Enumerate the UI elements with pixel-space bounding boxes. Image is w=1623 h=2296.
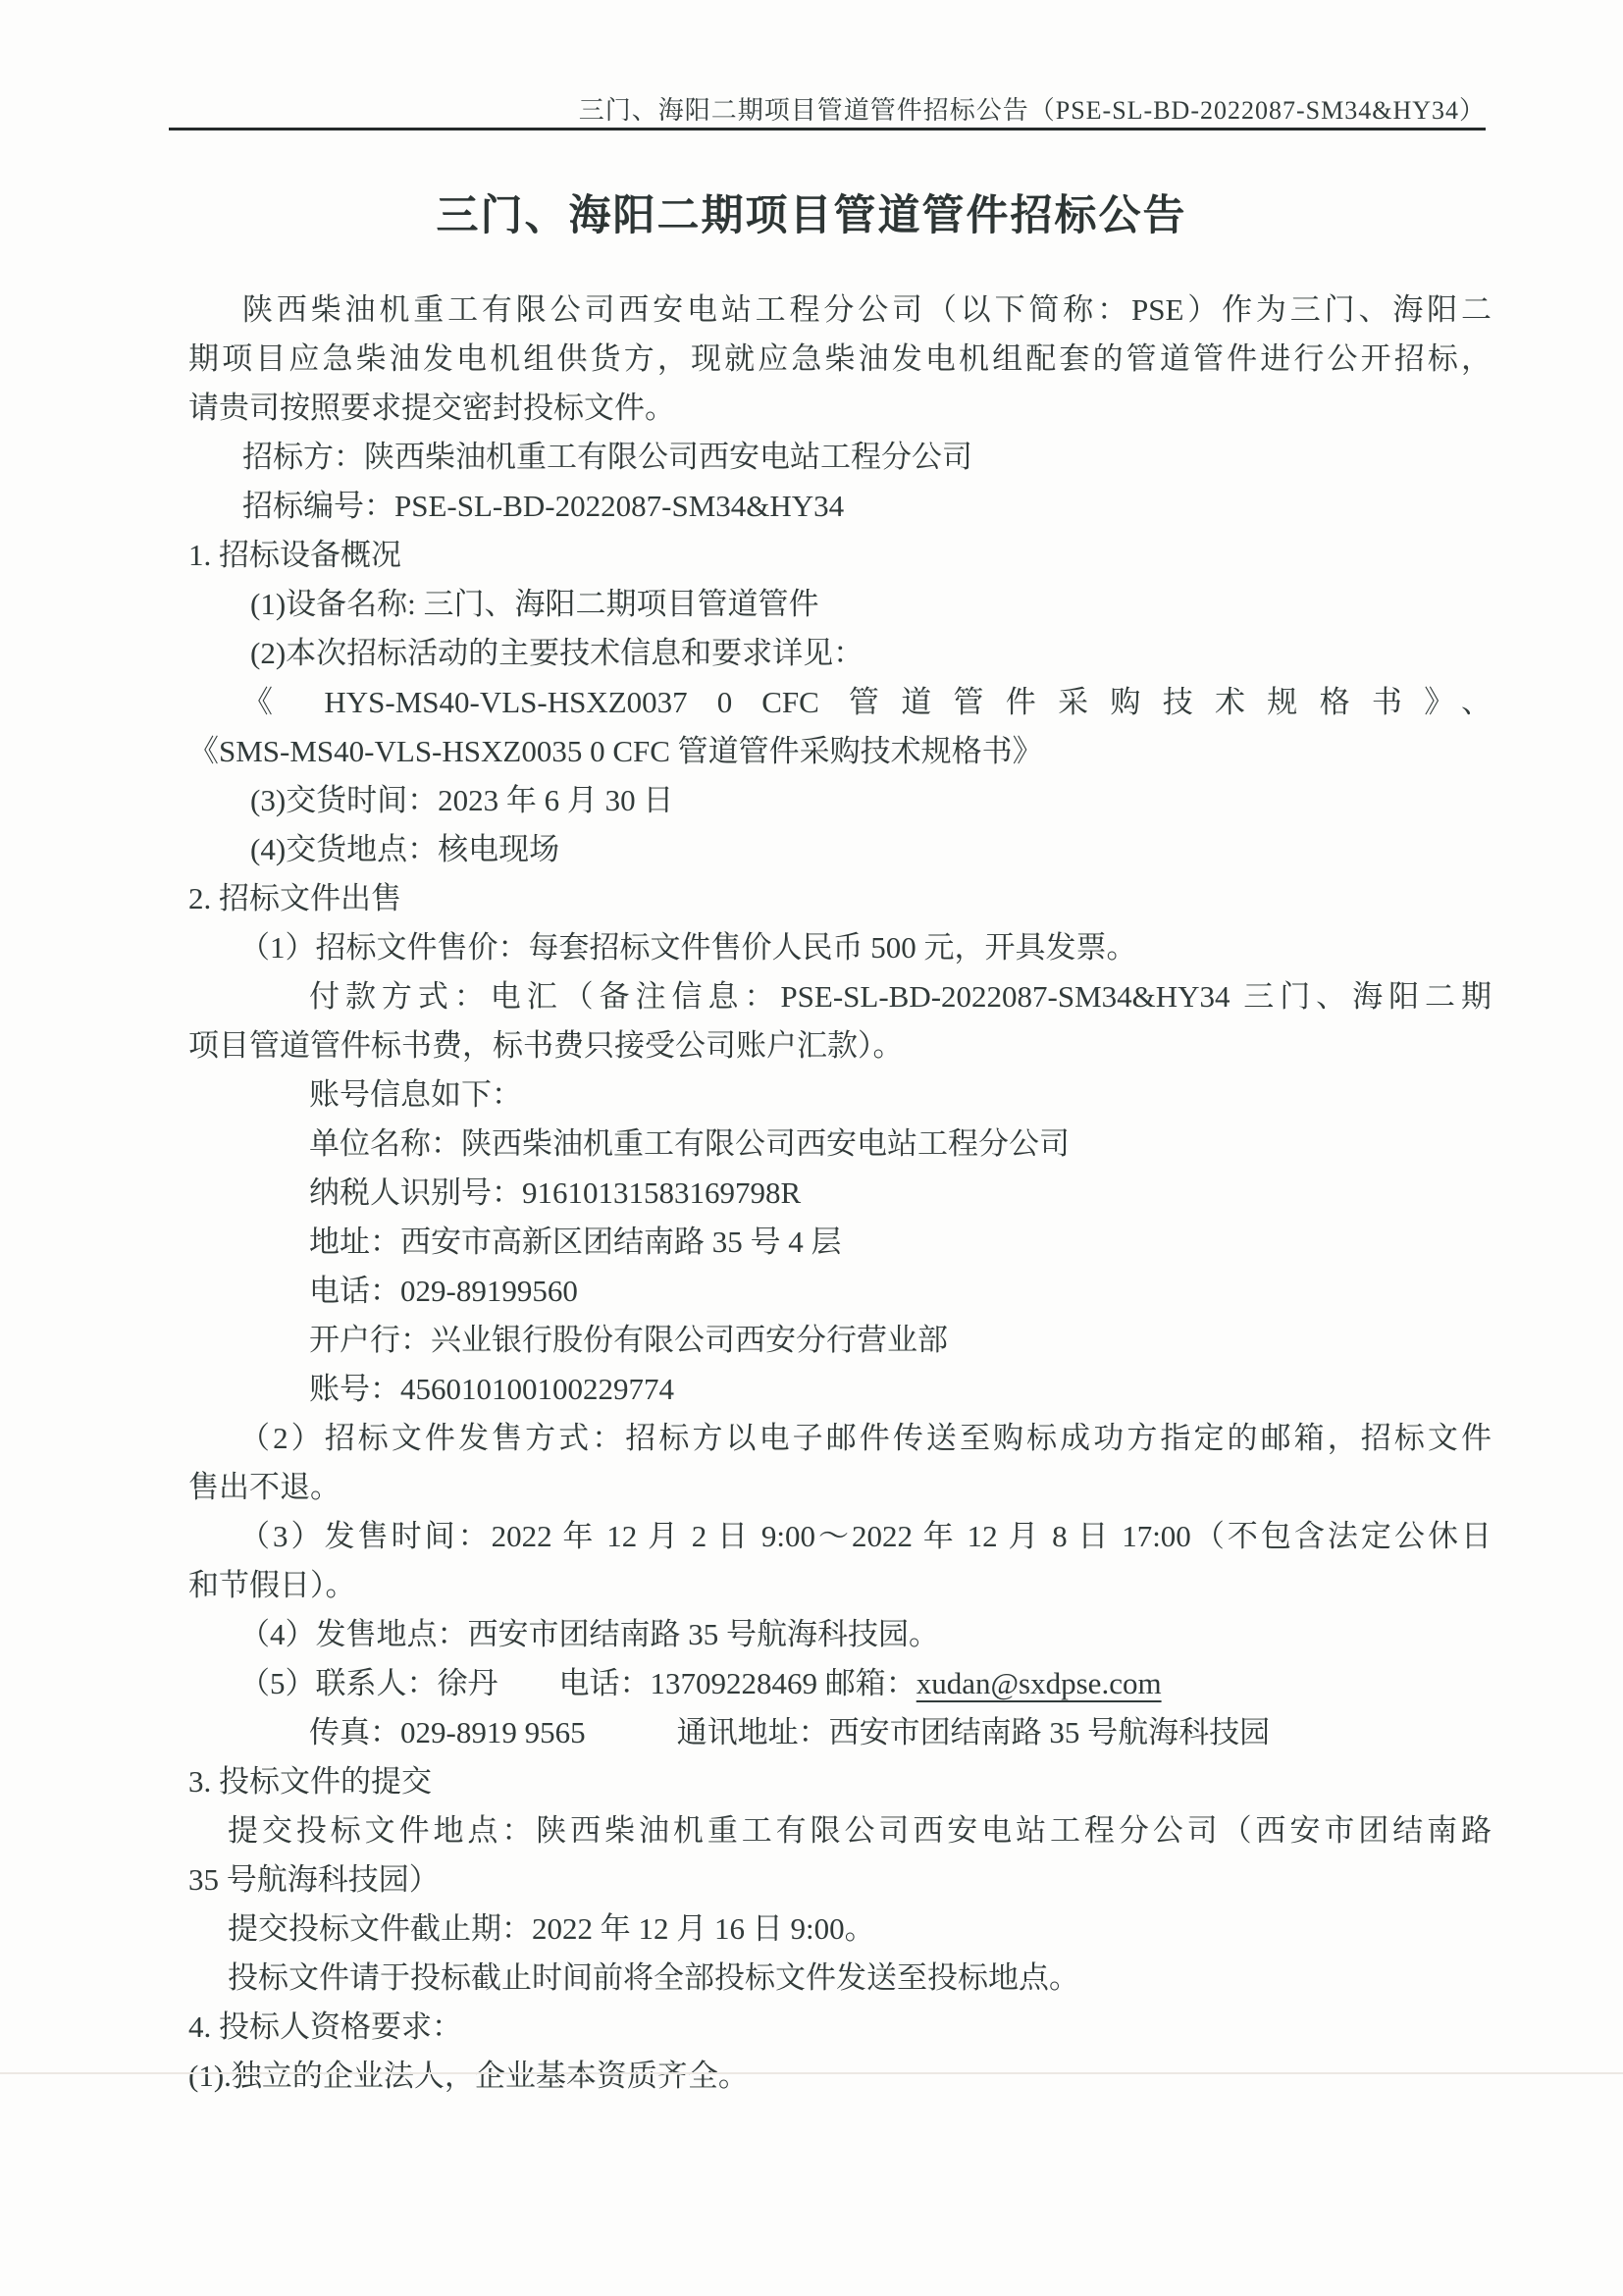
account-bank-line: 开户行：兴业银行股份有限公司西安分行营业部 [188,1316,1492,1365]
equipment-name-line: (1)设备名称: 三门、海阳二期项目管道管件 [188,580,1492,629]
tenderer-line: 招标方：陕西柴油机重工有限公司西安电站工程分公司 [188,433,1492,482]
tender-number-line: 招标编号：PSE-SL-BD-2022087-SM34&HY34 [188,482,1492,531]
sale-place-line: （4）发售地点：西安市团结南路 35 号航海科技园。 [188,1610,1492,1659]
account-taxid-line: 纳税人识别号：91610131583169798R [188,1169,1492,1218]
sale-time-line-1: （3）发售时间：2022 年 12 月 2 日 9:00～2022 年 12 月… [188,1512,1492,1561]
payment-method-line-1: 付款方式：电汇（备注信息：PSE-SL-BD-2022087-SM34&HY34… [188,972,1492,1021]
account-info-heading: 账号信息如下： [188,1070,1492,1120]
contact-email-link[interactable]: xudan@sxdpse.com [916,1666,1162,1700]
doc-delivery-method-line-2: 售出不退。 [188,1463,1492,1512]
spec-book-line-2: 《SMS-MS40-VLS-HSXZ0035 0 CFC 管道管件采购技术规格书… [188,727,1492,776]
header-divider-line [169,128,1486,130]
document-body: 陕西柴油机重工有限公司西安电站工程分公司（以下简称：PSE）作为三门、海阳二 期… [188,286,1492,2101]
payment-method-line-2: 项目管道管件标书费，标书费只接受公司账户汇款）。 [188,1021,1492,1070]
document-price-line: （1）招标文件售价：每套招标文件售价人民币 500 元，开具发票。 [188,923,1492,972]
account-address-line: 地址：西安市高新区团结南路 35 号 4 层 [188,1218,1492,1267]
qualification-line: (1).独立的企业法人，企业基本资质齐全。 [188,2052,1492,2101]
submission-note-line: 投标文件请于投标截止时间前将全部投标文件发送至投标地点。 [188,1954,1492,2003]
account-company-line: 单位名称：陕西柴油机重工有限公司西安电站工程分公司 [188,1120,1492,1169]
submission-place-line-1: 提交投标文件地点：陕西柴油机重工有限公司西安电站工程分公司（西安市团结南路 [188,1806,1492,1855]
document-title: 三门、海阳二期项目管道管件招标公告 [0,183,1623,242]
intro-paragraph-line-2: 期项目应急柴油发电机组供货方，现就应急柴油发电机组配套的管道管件进行公开招标， [188,335,1492,384]
doc-delivery-method-line-1: （2）招标文件发售方式：招标方以电子邮件传送至购标成功方指定的邮箱，招标文件 [188,1414,1492,1463]
account-number-line: 账号：456010100100229774 [188,1365,1492,1414]
contact-line: （5）联系人：徐丹 电话：13709228469 邮箱：xudan@sxdpse… [188,1659,1492,1708]
delivery-time-line: (3)交货时间：2023 年 6 月 30 日 [188,776,1492,825]
section-1-heading: 1. 招标设备概况 [188,531,1492,580]
submission-deadline-line: 提交投标文件截止期：2022 年 12 月 16 日 9:00。 [188,1905,1492,1954]
intro-paragraph-line-3: 请贵司按照要求提交密封投标文件。 [188,384,1492,433]
section-2-heading: 2. 招标文件出售 [188,874,1492,923]
submission-place-line-2: 35 号航海科技园） [188,1855,1492,1905]
scan-artifact-line [0,2072,1623,2074]
contact-line-text: （5）联系人：徐丹 电话：13709228469 邮箱： [239,1666,916,1700]
account-phone-line: 电话：029-89199560 [188,1267,1492,1316]
intro-paragraph-line-1: 陕西柴油机重工有限公司西安电站工程分公司（以下简称：PSE）作为三门、海阳二 [188,286,1492,335]
spec-book-line-1: 《 HYS-MS40-VLS-HSXZ0037 0 CFC 管道管件采购技术规格… [188,678,1492,727]
section-3-heading: 3. 投标文件的提交 [188,1757,1492,1806]
fax-line: 传真：029-8919 9565 通讯地址：西安市团结南路 35 号航海科技园 [188,1708,1492,1757]
tech-info-line: (2)本次招标活动的主要技术信息和要求详见： [188,629,1492,678]
scanned-document-page: 三门、海阳二期项目管道管件招标公告（PSE-SL-BD-2022087-SM34… [0,0,1623,2296]
page-header-reference: 三门、海阳二期项目管道管件招标公告（PSE-SL-BD-2022087-SM34… [579,90,1486,127]
delivery-place-line: (4)交货地点：核电现场 [188,825,1492,874]
sale-time-line-2: 和节假日）。 [188,1561,1492,1610]
section-4-heading: 4. 投标人资格要求： [188,2003,1492,2052]
